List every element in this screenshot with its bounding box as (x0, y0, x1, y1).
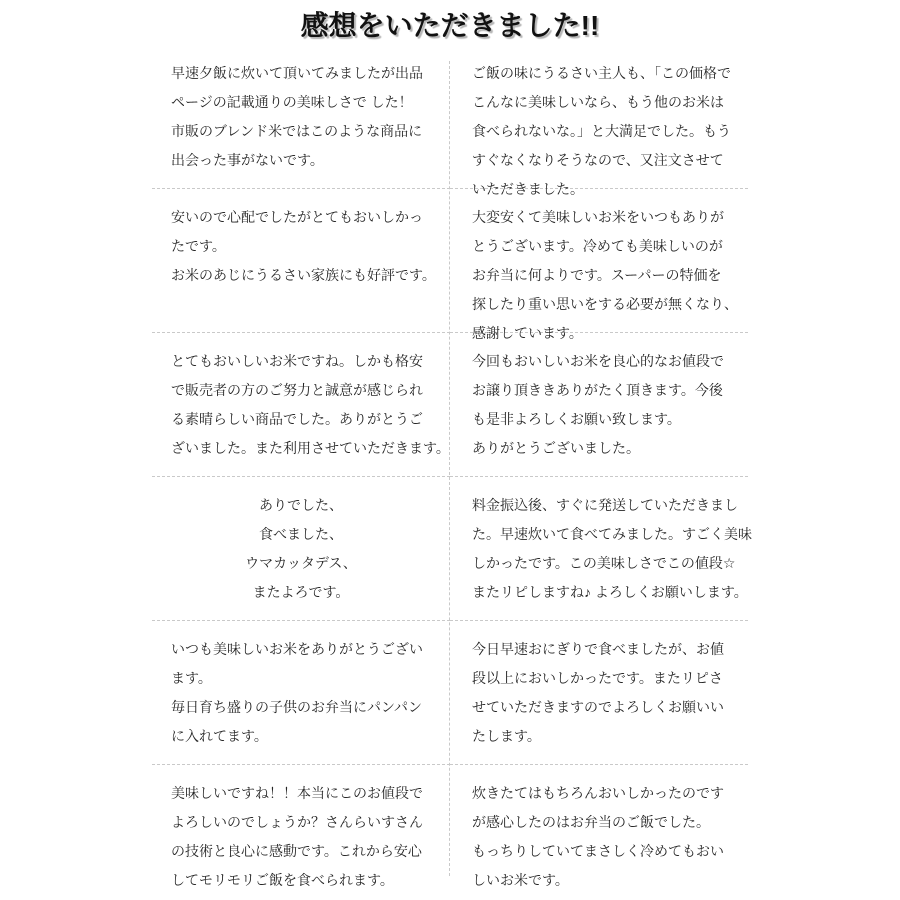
vertical-divider (449, 61, 450, 876)
review-item-9: いつも美味しいお米をありがとうござい ます。 毎日育ち盛りの子供のお弁当にパンパ… (152, 621, 450, 765)
review-item-2: ご飯の味にうるさい主人も、「この価格で こんなに美味しいなら、もう他のお米は 食… (450, 45, 748, 189)
review-item-4: 大変安くて美味しいお米をいつもありが とうございます。冷めても美味しいのが お弁… (450, 189, 748, 333)
review-item-6: 今回もおいしいお米を良心的なお値段で お譲り頂ききありがたく頂きます。今後 も是… (450, 333, 748, 477)
review-item-10: 今日早速おにぎりで食べましたが、お値 段以上においしかったです。またリピさ せて… (450, 621, 748, 765)
review-item-12: 炊きたてはもちろんおいしかったのです が感心したのはお弁当のご飯でした。 もっち… (450, 765, 748, 895)
page-title: 感想をいただきました!! (0, 0, 900, 42)
testimonials-page: 感想をいただきました!! 早速夕飯に炊いて頂いてみましたが出品 ページの記載通り… (0, 0, 900, 900)
reviews-grid: 早速夕飯に炊いて頂いてみましたが出品 ページの記載通りの美味しさで した！ 市販… (152, 45, 748, 895)
review-item-1: 早速夕飯に炊いて頂いてみましたが出品 ページの記載通りの美味しさで した！ 市販… (152, 45, 450, 189)
review-item-11: 美味しいですね！！本当にこのお値段で よろしいのでしょうか？さんらいすさん の技… (152, 765, 450, 895)
review-item-3: 安いので心配でしたがとてもおいしかっ たです。 お米のあじにうるさい家族にも好評… (152, 189, 450, 333)
review-item-8: 料金振込後、すぐに発送していただきまし た。早速炊いて食べてみました。すごく美味… (450, 477, 748, 621)
review-item-7: ありでした、 食べました、 ウマカッタデス、 またよろです。 (152, 477, 450, 621)
review-item-5: とてもおいしいお米ですね。しかも格安 で販売者の方のご努力と誠意が感じられ る素… (152, 333, 450, 477)
